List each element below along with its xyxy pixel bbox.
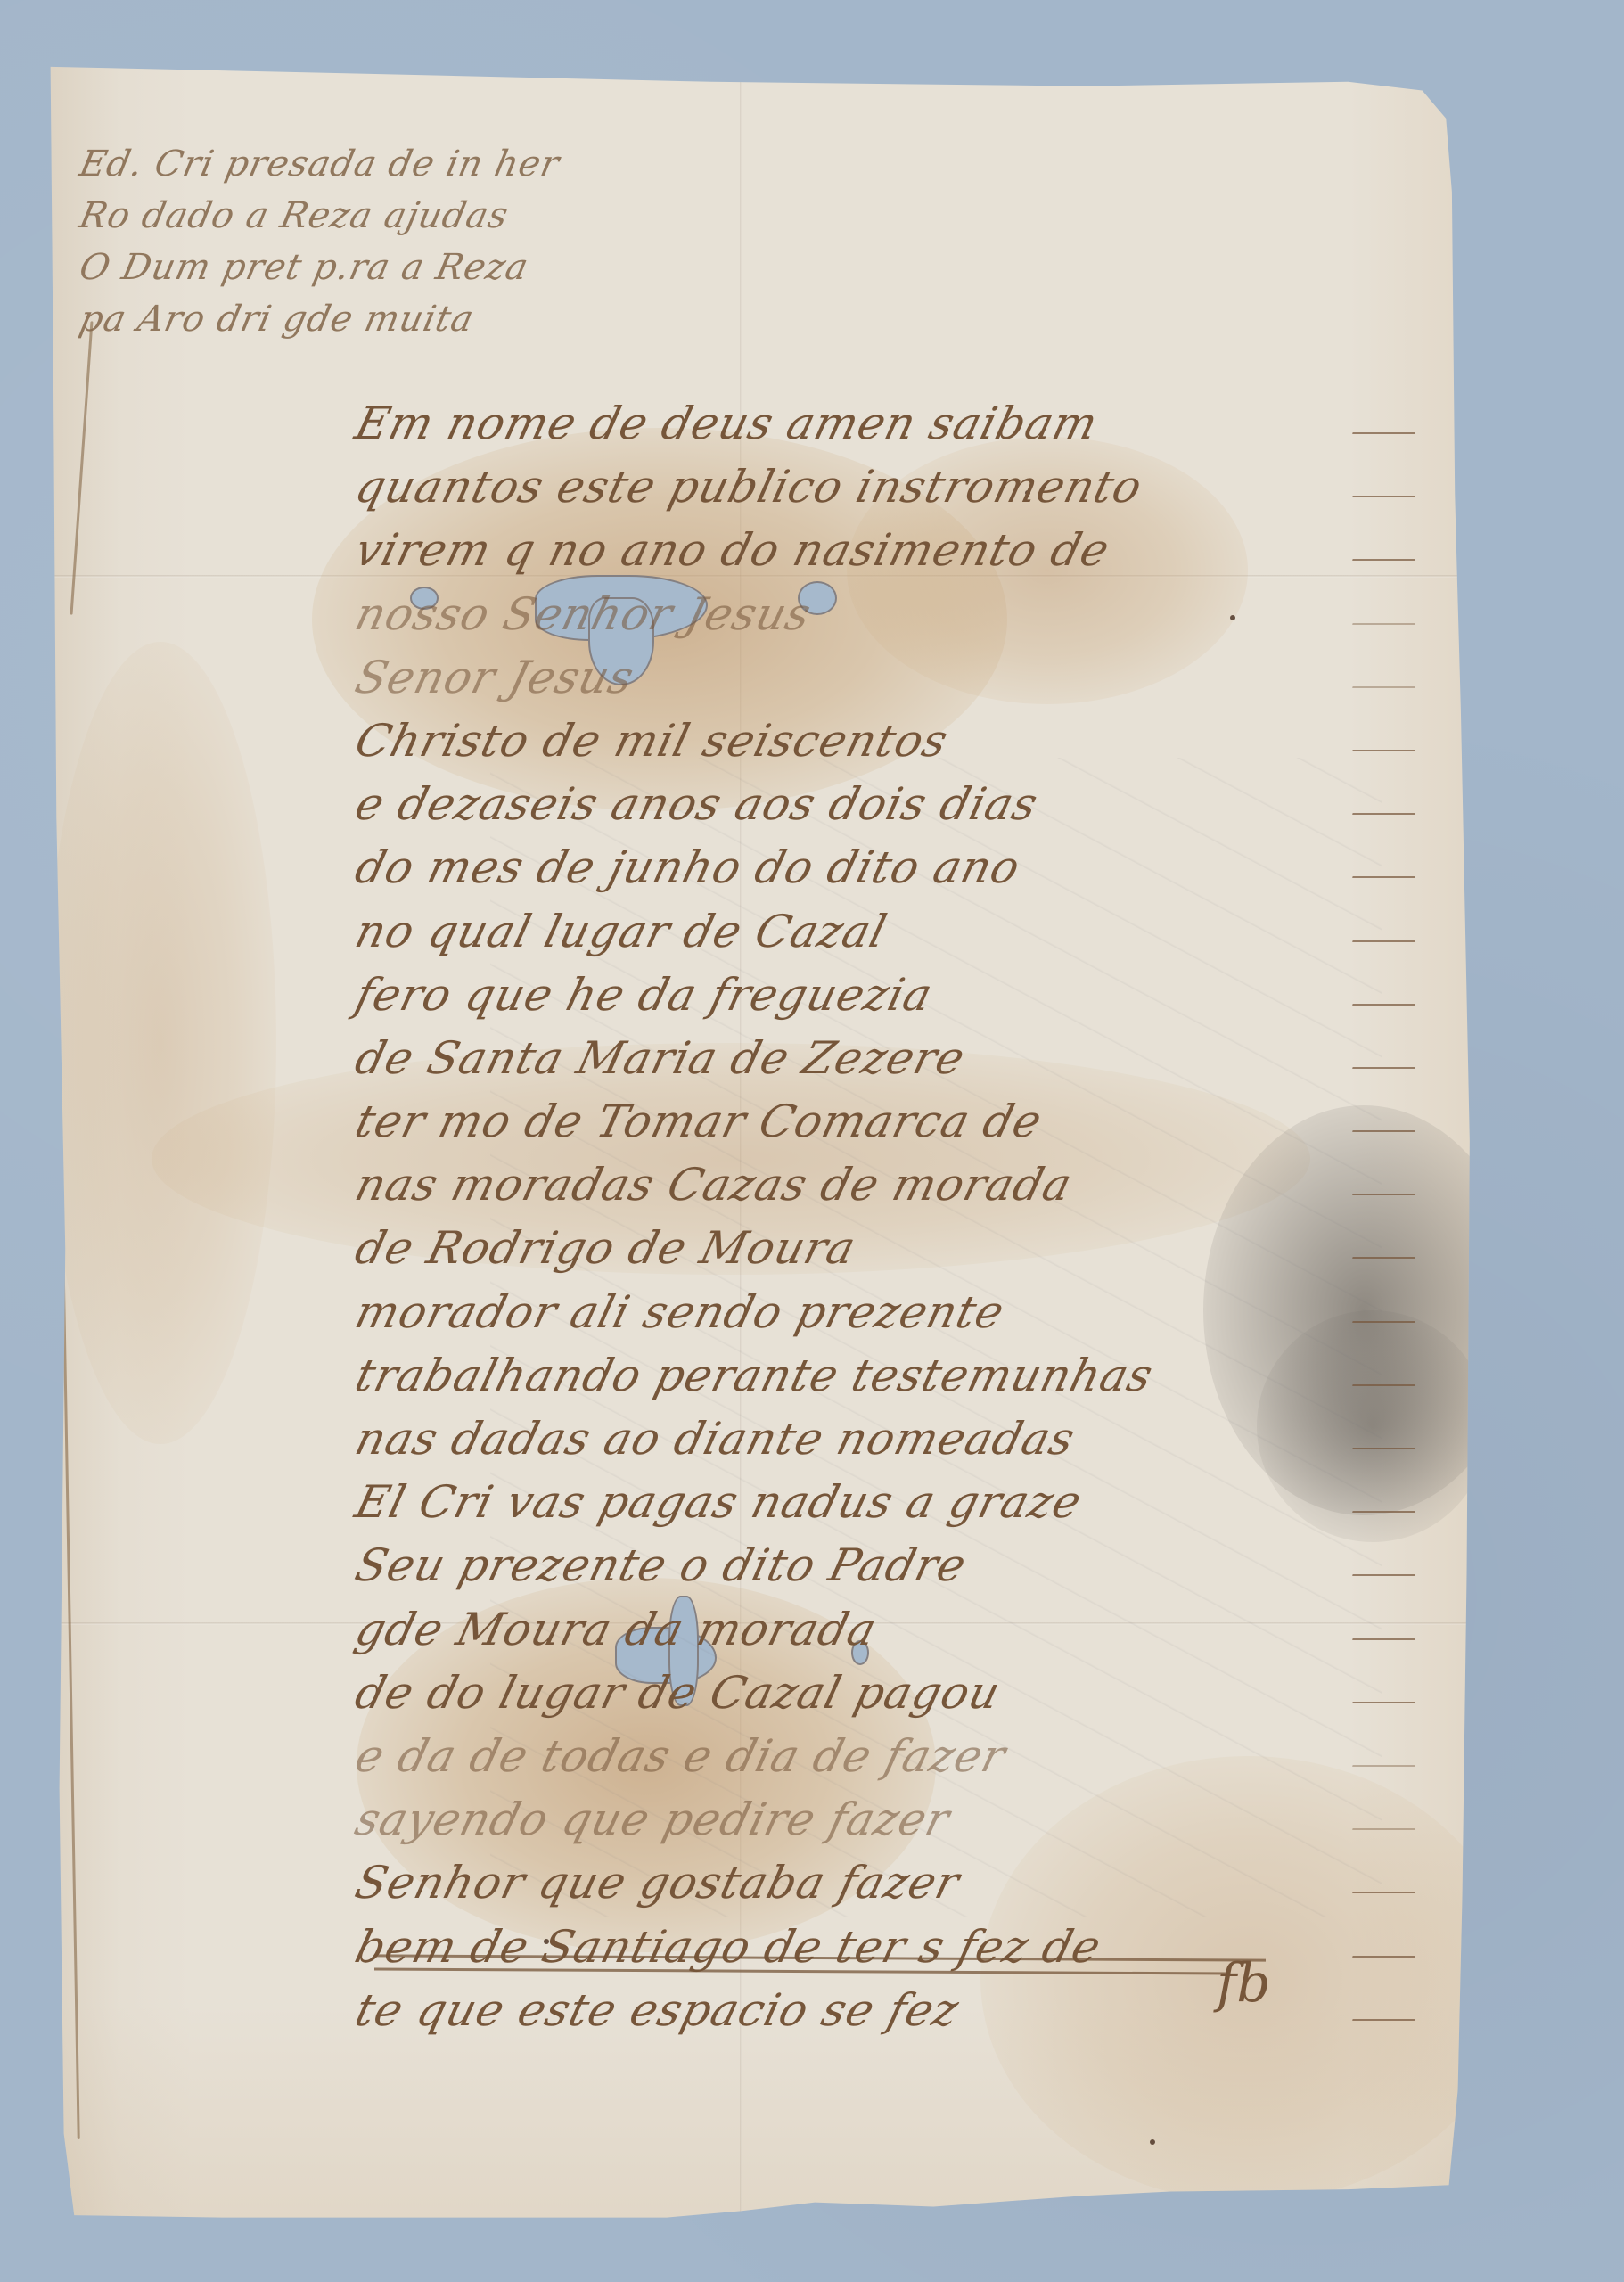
body-line: sayendo que pedire fazer	[349, 1788, 1372, 1851]
water-stain	[45, 642, 276, 1444]
margin-note-line: Ed. Cri presada de in her	[75, 138, 870, 190]
body-line: no qual lugar de Cazal	[349, 900, 1372, 964]
body-line: ter mo de Tomar Comarca de	[349, 1090, 1372, 1153]
body-line: fero que he da freguezia	[349, 964, 1372, 1027]
margin-line	[62, 1248, 79, 2139]
margin-line	[70, 321, 93, 614]
body-line: nas moradas Cazas de morada	[349, 1153, 1372, 1217]
body-line: nas dadas ao diante nomeadas	[349, 1408, 1372, 1471]
ink-speck	[1150, 2139, 1155, 2145]
body-line: virem q no ano do nasimento de	[349, 519, 1372, 582]
body-line: gde Moura da morada	[349, 1598, 1372, 1662]
manuscript-body: Em nome de deus amen saibam quantos este…	[357, 392, 1364, 2042]
body-line: de do lugar de Cazal pagou	[349, 1662, 1372, 1725]
margin-note-line: pa Aro dri gde muita	[75, 293, 870, 345]
notary-signature: fb	[1217, 1952, 1271, 2015]
body-line: de Rodrigo de Moura	[349, 1217, 1372, 1280]
margin-note-line: O Dum pret p.ra a Reza	[75, 242, 870, 293]
body-line: nosso Senhor Jesus	[349, 583, 1372, 646]
body-line: Senor Jesus	[349, 646, 1372, 710]
body-line: Em nome de deus amen saibam	[349, 392, 1372, 456]
body-line: El Cri vas pagas nadus a graze	[349, 1471, 1372, 1534]
body-line: do mes de junho do dito ano	[349, 836, 1372, 899]
body-line: Senhor que gostaba fazer	[349, 1851, 1372, 1915]
margin-note-line: Ro dado a Reza ajudas	[75, 190, 870, 242]
body-line: Seu prezente o dito Padre	[349, 1534, 1372, 1597]
body-line: e da de todas e dia de fazer	[349, 1725, 1372, 1788]
body-line: de Santa Maria de Zezere	[349, 1027, 1372, 1090]
body-line: trabalhando perante testemunhas	[349, 1344, 1372, 1408]
body-line: Christo de mil seiscentos	[349, 710, 1372, 773]
margin-note: Ed. Cri presada de in her Ro dado a Reza…	[80, 138, 865, 345]
body-line: e dezaseis anos aos dois dias	[349, 773, 1372, 836]
body-line: quantos este publico instromento	[349, 456, 1372, 519]
body-line: morador ali sendo prezente	[349, 1281, 1372, 1344]
